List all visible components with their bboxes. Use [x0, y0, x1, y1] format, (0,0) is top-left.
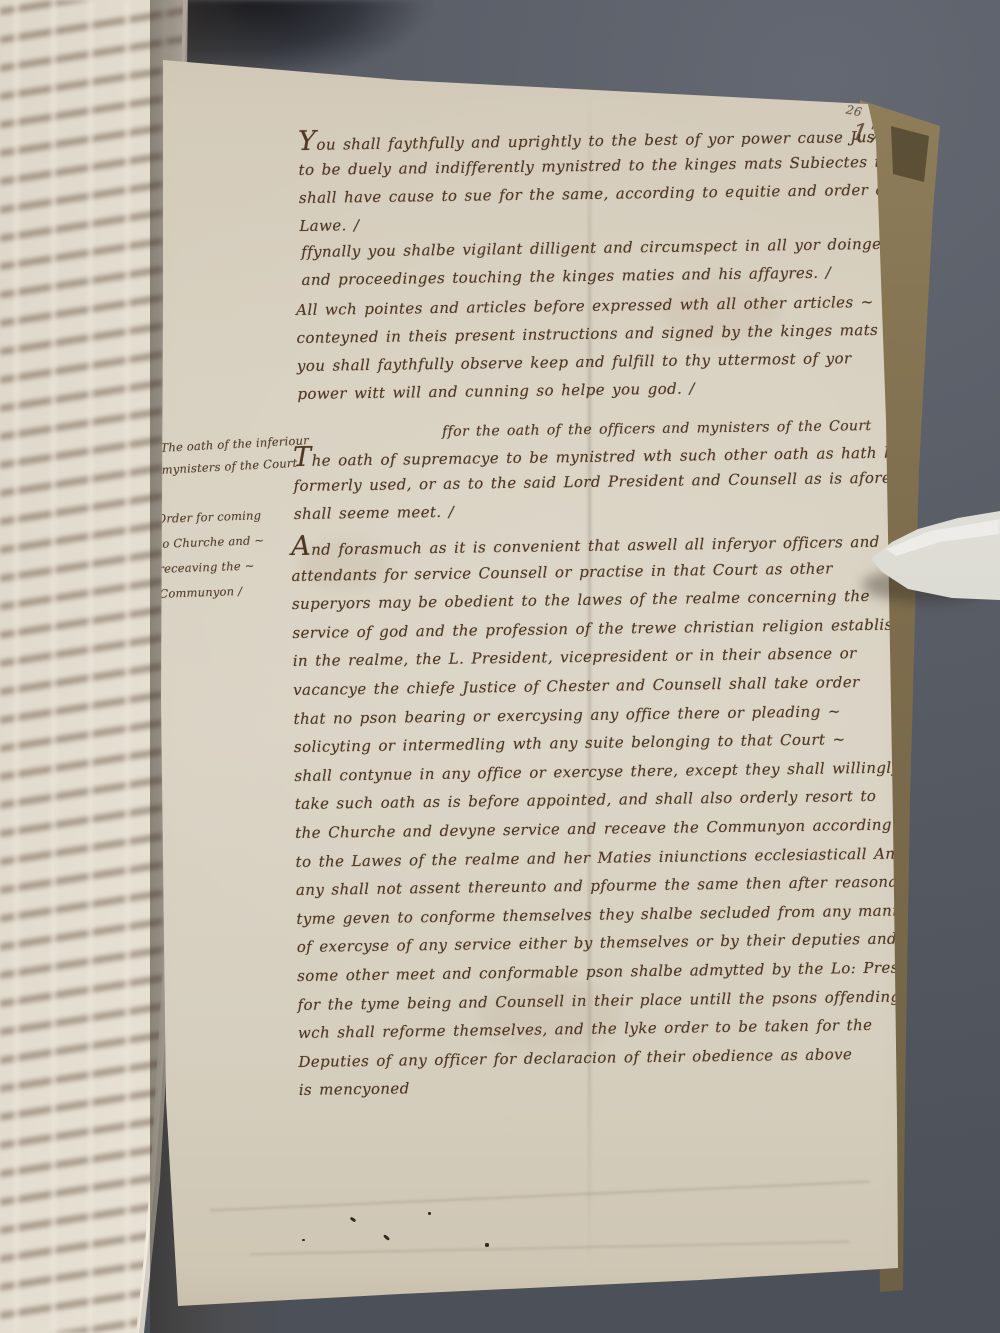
ink-speck — [428, 1212, 431, 1215]
margin-note-communion: Order for comingto Churche and ~receavin… — [156, 503, 266, 607]
ink-speck — [350, 1217, 357, 1223]
oath-paragraph-finally: ffynally you shalbe vigilant dilligent a… — [301, 230, 890, 294]
oath-paragraph-justice: You shall faythfully and uprightly to th… — [298, 120, 908, 240]
ink-speck — [485, 1243, 489, 1247]
manuscript-line: receaving the ~ — [158, 553, 266, 582]
manuscript-photograph: 26 17 You shall faythfully and uprightly… — [0, 0, 1000, 1333]
oath-paragraph-supremacy: The oath of supremacye to be mynistred w… — [293, 435, 924, 528]
manuscript-line: Communyon / — [159, 578, 267, 607]
order-paragraph-conformity: And forasmuch as it is convenient that a… — [291, 524, 942, 1105]
page-crease-diagonal — [210, 1181, 869, 1212]
margin-note-oath: The oath of the inferiourmynisters of th… — [160, 429, 311, 481]
ink-speck — [383, 1234, 390, 1241]
manuscript-line: to Churche and ~ — [157, 528, 265, 557]
page-crease-diagonal — [250, 1241, 850, 1256]
oath-paragraph-articles: All wch pointes and articles before expr… — [296, 287, 935, 408]
manuscript-line: Order for coming — [156, 503, 264, 532]
ink-speck — [302, 1239, 305, 1241]
